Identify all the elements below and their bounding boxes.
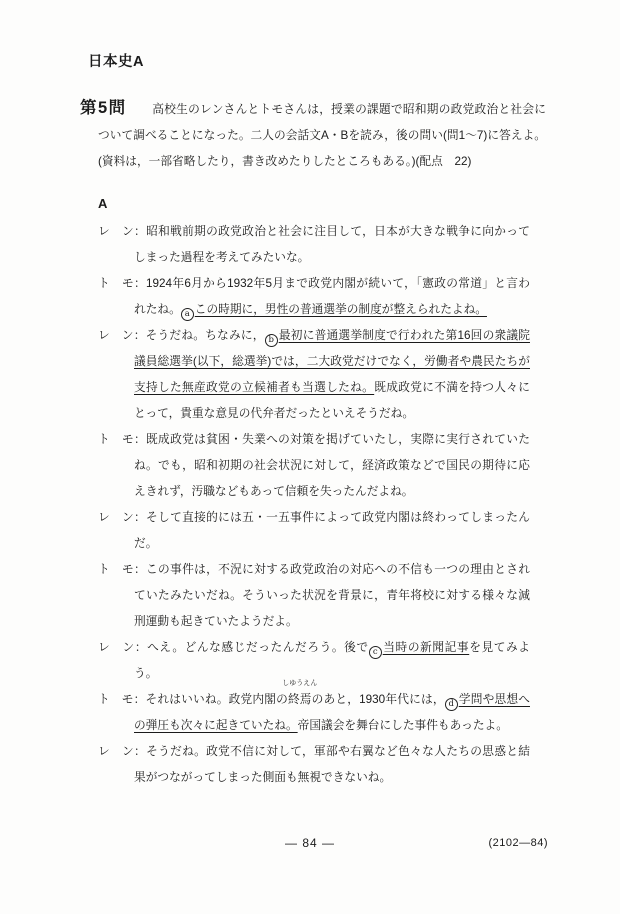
subject-title: 日本史A xyxy=(88,50,144,71)
speaker-label: ト モ： xyxy=(98,693,146,706)
dialogue-utterance-6: ト モ：この事件は，不況に対する政党政治の対応への不信も一つの理由とされていたみ… xyxy=(98,557,530,635)
dialogue-utterance-3: レ ン：そうだね。ちなみに，b最初に普通選挙制度で行われた第16回の衆議院議員総… xyxy=(98,323,530,427)
speaker-label: レ ン： xyxy=(98,329,146,342)
circled-letter-d-marker: d xyxy=(445,698,458,711)
dialogue-utterance-4: ト モ：既成政党は貧困・失業への対策を掲げていたし，実際に実行されていたね。でも… xyxy=(98,427,530,505)
speaker-label: レ ン： xyxy=(98,511,146,524)
dialogue-utterance-5: レ ン：そして直接的には五・一五事件によって政党内閣は終わってしまったんだ。 xyxy=(98,505,530,557)
circled-letter-b-marker: b xyxy=(265,334,278,347)
section-label-a: A xyxy=(98,196,107,211)
dialogue-text: のあと，1930年代には， xyxy=(311,693,444,706)
dialogue-utterance-8: ト モ：それはいいね。政党内閣のしゆうえん終焉のあと，1930年代には，d学問や… xyxy=(98,687,530,739)
question-number: 第5問 xyxy=(80,95,138,121)
underlined-text: この時期に，男性の普通選挙の制度が整えられたよね。 xyxy=(195,303,487,316)
dialogue-text: この事件は，不況に対する政党政治の対応への不信も一つの理由とされていたみたいだね… xyxy=(134,563,530,628)
dialogue-utterance-1: レ ン：昭和戦前期の政党政治と社会に注目して，日本が大きな戦争に向かってしまった… xyxy=(98,219,530,271)
dialogue-utterance-9: レ ン：そうだね。政党不信に対して，軍部や右翼など色々な人たちの思惑と結果がつな… xyxy=(98,739,530,791)
dialogue-text: そうだね。ちなみに， xyxy=(146,329,265,342)
dialogue-text: そうだね。政党不信に対して，軍部や右翼など色々な人たちの思惑と結果がつながってし… xyxy=(134,745,530,784)
ruby-term: しゆうえん終焉 xyxy=(288,687,311,713)
dialogue-text: 昭和戦前期の政党政治と社会に注目して，日本が大きな戦争に向かってしまった過程を考… xyxy=(134,225,530,264)
speaker-label: レ ン： xyxy=(98,641,147,654)
question-intro: 第5問高校生のレンさんとトモさんは，授業の課題で昭和期の政党政治と社会について調… xyxy=(98,95,546,175)
underlined-text: 当時の新聞記事 xyxy=(383,641,470,654)
furigana: しゆうえん xyxy=(282,680,317,687)
dialogue-text: それはいいね。政党内閣の xyxy=(146,693,289,706)
document-code: (2102—84) xyxy=(488,837,548,849)
dialogue-text: 帝国議会を舞台にした事件もあったよ。 xyxy=(298,719,508,732)
dialogue-text: へえ。どんな感じだったんだろう。後で xyxy=(147,641,369,654)
circled-letter-a-marker: a xyxy=(181,308,194,321)
speaker-label: レ ン： xyxy=(98,225,146,238)
speaker-label: ト モ： xyxy=(98,563,146,576)
dialogue-text: 既成政党は貧困・失業への対策を掲げていたし，実際に実行されていたね。でも，昭和初… xyxy=(134,433,530,498)
speaker-label: レ ン： xyxy=(98,745,146,758)
exam-page: 日本史A 第5問高校生のレンさんとトモさんは，授業の課題で昭和期の政党政治と社会… xyxy=(0,0,620,914)
speaker-label: ト モ： xyxy=(98,277,146,290)
speaker-label: ト モ： xyxy=(98,433,146,446)
dialogue-text: そして直接的には五・一五事件によって政党内閣は終わってしまったんだ。 xyxy=(134,511,530,550)
circled-letter-c-marker: c xyxy=(369,646,382,659)
question-intro-text: 高校生のレンさんとトモさんは，授業の課題で昭和期の政党政治と社会について調べるこ… xyxy=(98,103,546,168)
dialogue-utterance-2: ト モ：1924年6月から1932年5月まで政党内閣が続いて，「憲政の常道」と言… xyxy=(98,271,530,323)
dialogue-area: レ ン：昭和戦前期の政党政治と社会に注目して，日本が大きな戦争に向かってしまった… xyxy=(98,219,530,791)
